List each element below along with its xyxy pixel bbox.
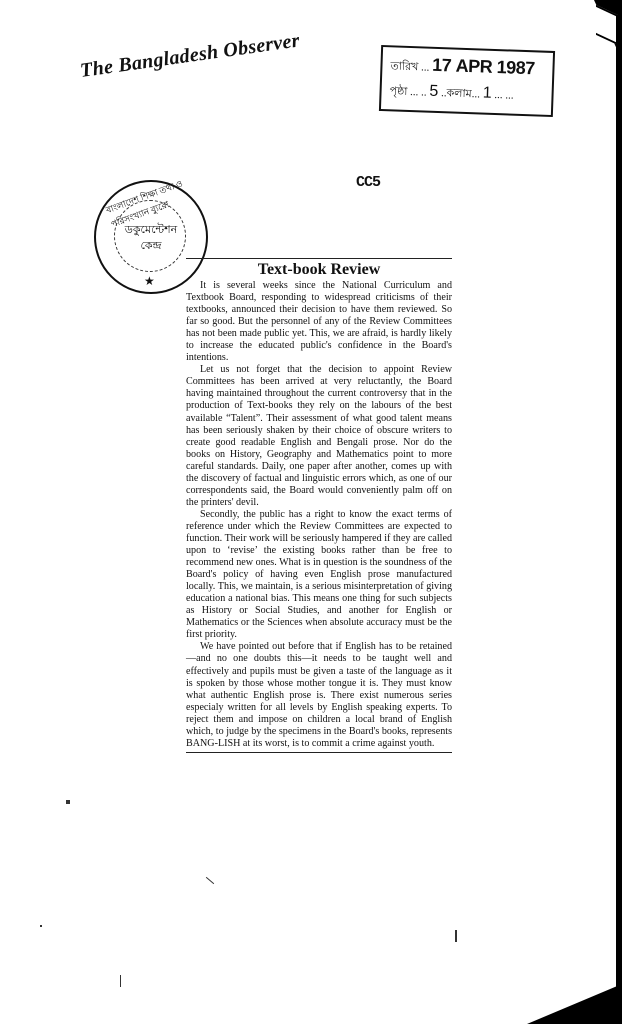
article-paragraph: We have pointed out before that if Engli… [186,641,452,749]
scan-speck [206,877,214,884]
editorial-article: Text-book Review It is several weeks sin… [186,258,452,753]
scan-speck [40,925,42,927]
scan-edge-right [616,40,622,1024]
seal-center: ডকুমেন্টেশন কেন্দ্র [96,222,206,254]
date-stamp: তারিখ ... 17 APR 1987 পৃষ্ঠা ... .. 5 ..… [379,45,555,117]
article-title: Text-book Review [186,260,452,280]
stamp-page-label: পৃষ্ঠা [389,85,407,98]
stamp-date-label: তারিখ [390,60,418,73]
stamp-date-value: 17 APR 1987 [432,55,535,79]
stamp-page-value: 5 [429,83,438,100]
article-end-rule [186,752,452,753]
stamp-page-row: পৃষ্ঠা ... .. 5 ..কলাম... 1 ... ... [389,81,514,105]
article-paragraph: It is several weeks since the National C… [186,280,452,364]
scan-speck [66,800,70,804]
newspaper-masthead: The Bangladesh Observer [79,29,301,83]
article-paragraph: Secondly, the public has a right to know… [186,509,452,642]
scan-speck [120,975,121,987]
scan-corner-bottom-right [527,984,622,1024]
stamp-column-value: 1 [482,85,491,102]
seal-center-line1: ডকুমেন্টেশন [96,222,206,238]
star-icon: ★ [144,274,155,289]
handwritten-code: CC5 [356,174,380,191]
stamp-date-row: তারিখ ... 17 APR 1987 [390,53,535,81]
article-paragraph: Let us not forget that the decision to a… [186,364,452,509]
scan-speck [455,930,457,942]
title-rule [186,258,452,259]
seal-center-line2: কেন্দ্র [96,238,206,254]
stamp-column-label: কলাম [446,87,472,100]
